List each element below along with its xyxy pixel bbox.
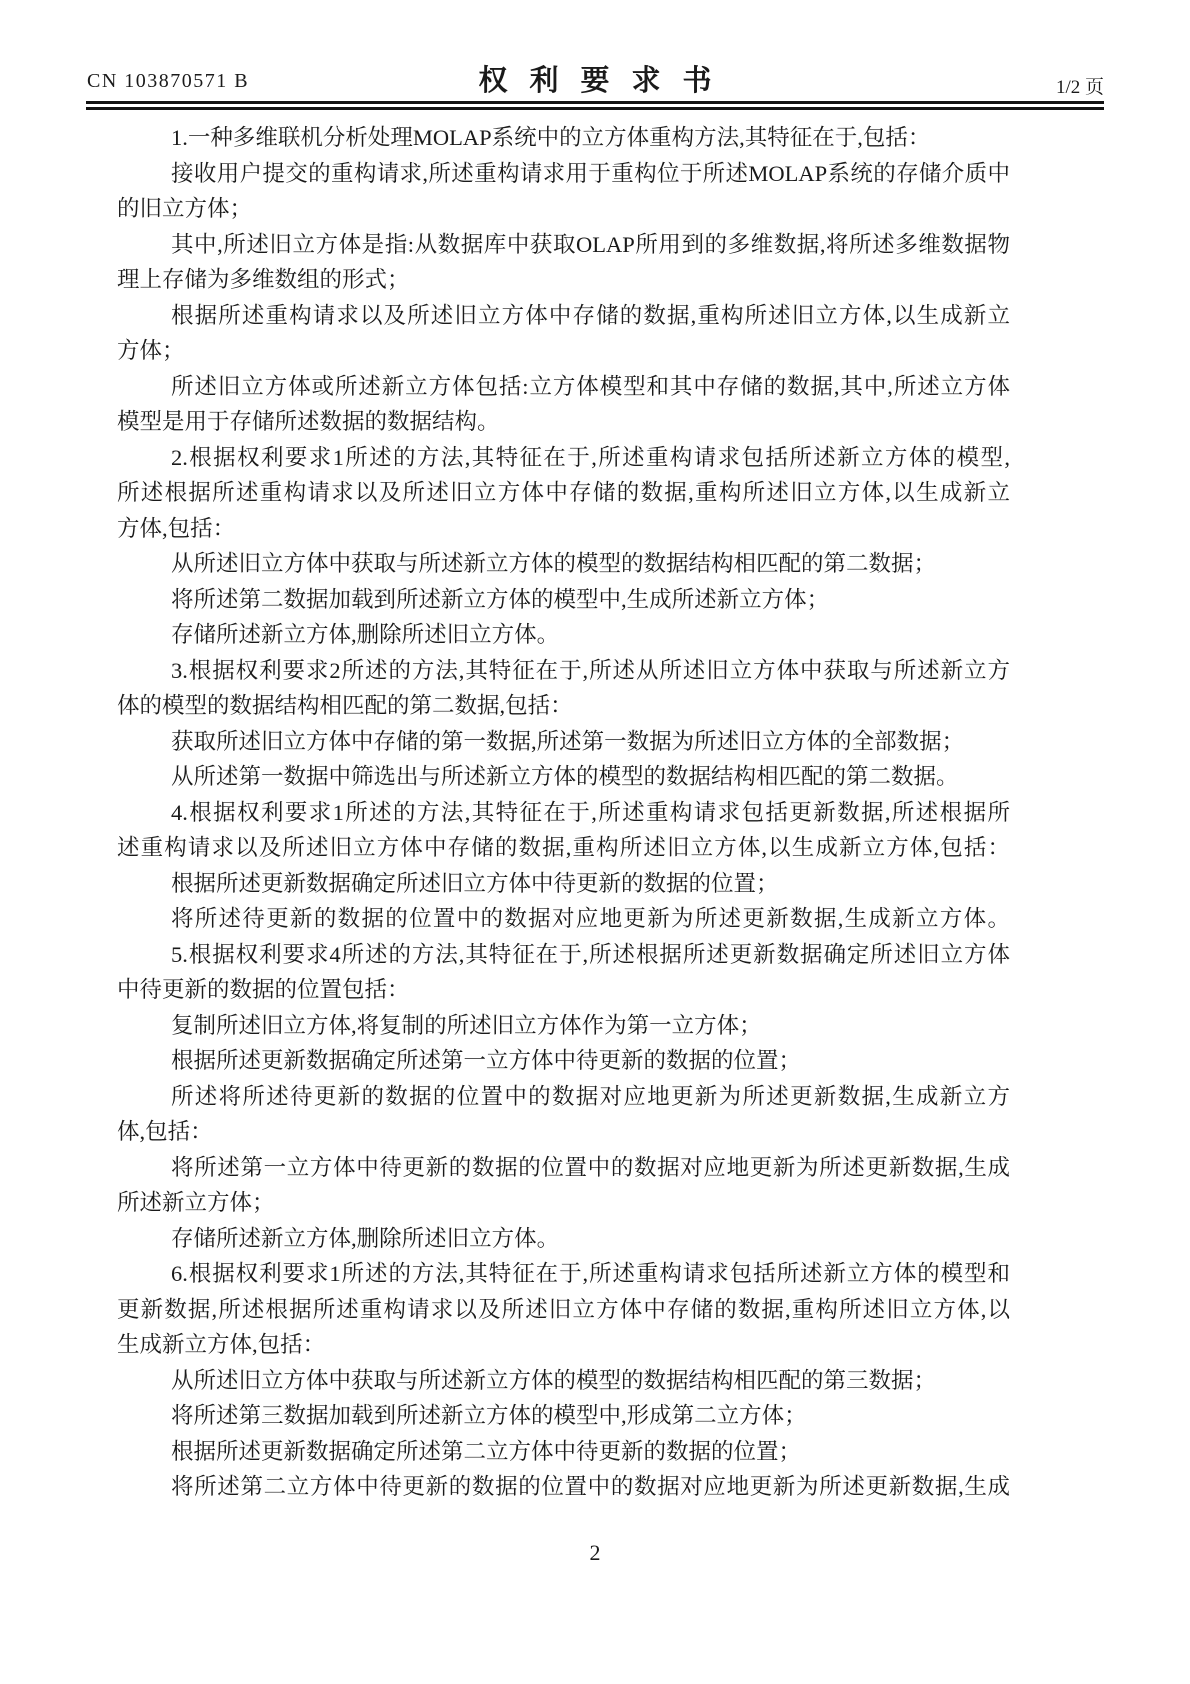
claim-line: 将所述待更新的数据的位置中的数据对应地更新为所述更新数据,生成新立方体。	[117, 901, 1010, 937]
claim-line: 根据所述更新数据确定所述第二立方体中待更新的数据的位置；	[117, 1434, 1010, 1470]
claim-line: 体的模型的数据结构相匹配的第二数据,包括：	[117, 688, 1010, 724]
claim-line: 述重构请求以及所述旧立方体中存储的数据,重构所述旧立方体,以生成新立方体,包括：	[117, 830, 1010, 866]
claim-line: 3.根据权利要求2所述的方法,其特征在于,所述从所述旧立方体中获取与所述新立方	[117, 653, 1010, 689]
claim-line: 其中,所述旧立方体是指:从数据库中获取OLAP所用到的多维数据,将所述多维数据物	[117, 227, 1010, 263]
claim-line: 根据所述重构请求以及所述旧立方体中存储的数据,重构所述旧立方体,以生成新立	[117, 298, 1010, 334]
claim-line: 5.根据权利要求4所述的方法,其特征在于,所述根据所述更新数据确定所述旧立方体	[117, 937, 1010, 973]
claims-title: 权利要求书	[0, 58, 1190, 99]
claim-line: 所述根据所述重构请求以及所述旧立方体中存储的数据,重构所述旧立方体,以生成新立	[117, 475, 1010, 511]
claim-line: 生成新立方体,包括：	[117, 1327, 1010, 1363]
claim-line: 将所述第二立方体中待更新的数据的位置中的数据对应地更新为所述更新数据,生成	[117, 1469, 1010, 1505]
claim-line: 从所述旧立方体中获取与所述新立方体的模型的数据结构相匹配的第三数据；	[117, 1363, 1010, 1399]
claim-line: 方体；	[117, 333, 1010, 369]
claim-line: 的旧立方体；	[117, 191, 1010, 227]
claim-line: 将所述第二数据加载到所述新立方体的模型中,生成所述新立方体；	[117, 582, 1010, 618]
claims-body: 1.一种多维联机分析处理MOLAP系统中的立方体重构方法,其特征在于,包括：接收…	[117, 120, 1010, 1505]
page-indicator: 1/2 页	[1056, 72, 1104, 99]
header-rule	[86, 101, 1104, 110]
claim-line: 将所述第一立方体中待更新的数据的位置中的数据对应地更新为所述更新数据,生成	[117, 1150, 1010, 1186]
claim-line: 接收用户提交的重构请求,所述重构请求用于重构位于所述MOLAP系统的存储介质中	[117, 156, 1010, 192]
claim-line: 4.根据权利要求1所述的方法,其特征在于,所述重构请求包括更新数据,所述根据所	[117, 795, 1010, 831]
claim-line: 存储所述新立方体,删除所述旧立方体。	[117, 1221, 1010, 1257]
claim-line: 存储所述新立方体,删除所述旧立方体。	[117, 617, 1010, 653]
claim-line: 从所述旧立方体中获取与所述新立方体的模型的数据结构相匹配的第二数据；	[117, 546, 1010, 582]
claim-line: 1.一种多维联机分析处理MOLAP系统中的立方体重构方法,其特征在于,包括：	[117, 120, 1010, 156]
claim-line: 根据所述更新数据确定所述第一立方体中待更新的数据的位置；	[117, 1043, 1010, 1079]
claim-line: 将所述第三数据加载到所述新立方体的模型中,形成第二立方体；	[117, 1398, 1010, 1434]
claim-line: 体,包括：	[117, 1114, 1010, 1150]
claim-line: 2.根据权利要求1所述的方法,其特征在于,所述重构请求包括所述新立方体的模型,	[117, 440, 1010, 476]
claim-line: 所述将所述待更新的数据的位置中的数据对应地更新为所述更新数据,生成新立方	[117, 1079, 1010, 1115]
claim-line: 模型是用于存储所述数据的数据结构。	[117, 404, 1010, 440]
claim-line: 所述旧立方体或所述新立方体包括:立方体模型和其中存储的数据,其中,所述立方体	[117, 369, 1010, 405]
claim-line: 更新数据,所述根据所述重构请求以及所述旧立方体中存储的数据,重构所述旧立方体,以	[117, 1292, 1010, 1328]
patent-claims-page: CN 103870571 B 权利要求书 1/2 页 1.一种多维联机分析处理M…	[0, 0, 1190, 1684]
claim-line: 6.根据权利要求1所述的方法,其特征在于,所述重构请求包括所述新立方体的模型和	[117, 1256, 1010, 1292]
claim-line: 根据所述更新数据确定所述旧立方体中待更新的数据的位置；	[117, 866, 1010, 902]
claim-line: 复制所述旧立方体,将复制的所述旧立方体作为第一立方体；	[117, 1008, 1010, 1044]
claim-line: 理上存储为多维数组的形式；	[117, 262, 1010, 298]
claim-line: 获取所述旧立方体中存储的第一数据,所述第一数据为所述旧立方体的全部数据；	[117, 724, 1010, 760]
claim-line: 所述新立方体；	[117, 1185, 1010, 1221]
page-number-footer: 2	[0, 1540, 1190, 1566]
claim-line: 中待更新的数据的位置包括：	[117, 972, 1010, 1008]
claim-line: 方体,包括：	[117, 511, 1010, 547]
claim-line: 从所述第一数据中筛选出与所述新立方体的模型的数据结构相匹配的第二数据。	[117, 759, 1010, 795]
